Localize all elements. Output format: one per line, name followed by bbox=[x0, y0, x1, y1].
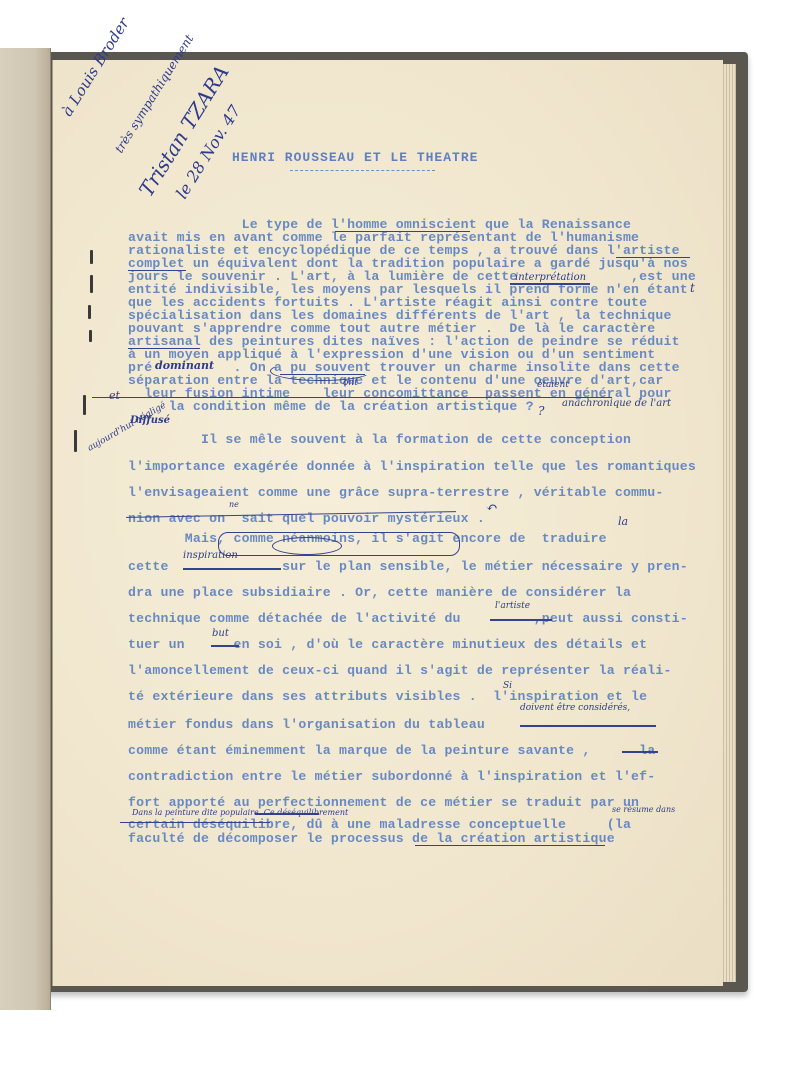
p2-line: faculté de décomposer le processus de la… bbox=[128, 832, 615, 845]
title-underline bbox=[290, 170, 435, 171]
strikethrough bbox=[510, 283, 590, 285]
annotation-but: but bbox=[212, 628, 229, 639]
annotation-se-resume: se résume dans bbox=[612, 805, 675, 814]
strikethrough bbox=[211, 645, 239, 647]
p2-line: Il se mêle souvent à la formation de cet… bbox=[128, 433, 631, 446]
p1-line: la condition même de la création artisti… bbox=[128, 400, 534, 413]
page-title: HENRI ROUSSEAU ET LE THEATRE bbox=[232, 150, 478, 165]
annotation-t: t bbox=[690, 281, 695, 295]
left-page-edge bbox=[0, 48, 51, 1010]
underline bbox=[120, 822, 270, 823]
underline bbox=[92, 397, 612, 398]
underline bbox=[128, 270, 186, 271]
annotation-arrow: ↶ bbox=[486, 500, 498, 516]
p2-line: certain déséquilibre, dû à une maladress… bbox=[128, 818, 631, 831]
annotation-question: ? bbox=[538, 404, 544, 418]
annotation-ne: ne bbox=[229, 500, 239, 509]
margin-mark bbox=[74, 430, 77, 452]
underline bbox=[128, 348, 200, 349]
margin-mark bbox=[88, 305, 91, 319]
margin-mark bbox=[90, 275, 93, 293]
p2-line: l'importance exagérée donnée à l'inspira… bbox=[128, 460, 696, 473]
annotation-artiste: l'artiste bbox=[495, 601, 530, 611]
p2-line: cette sur le plan sensible, le métier né… bbox=[128, 560, 688, 573]
underline bbox=[415, 845, 605, 846]
margin-mark bbox=[83, 395, 86, 415]
annotation-dominant: dominant bbox=[155, 359, 214, 372]
p2-line: té extérieure dans ses attributs visible… bbox=[128, 690, 647, 703]
annotation-si: Si bbox=[503, 681, 512, 691]
p2-line: l'envisageaient comme une grâce supra-te… bbox=[128, 486, 664, 499]
annotation-doivent-etre: doivent être considérés, bbox=[520, 703, 630, 713]
p2-line: tuer un en soi , d'où le caractère minut… bbox=[128, 638, 647, 651]
underline bbox=[335, 231, 470, 232]
p2-line: l'amoncellement de ceux-ci quand il s'ag… bbox=[128, 664, 672, 677]
underline bbox=[616, 257, 690, 258]
annotation-bottom-note: Dans la peinture dite populaire. Ce désé… bbox=[132, 808, 348, 817]
margin-mark bbox=[89, 330, 92, 342]
strikethrough bbox=[183, 568, 281, 570]
annotation-anachronique: anachronique de l'art bbox=[562, 398, 671, 409]
p2-line: contradiction entre le métier subordonné… bbox=[128, 770, 655, 783]
annotation-interpretation: interprétation bbox=[515, 272, 586, 283]
p2-line: dra une place subsidiaire . Or, cette ma… bbox=[128, 586, 631, 599]
strikethrough bbox=[490, 619, 552, 621]
p2-line: comme étant éminemment la marque de la p… bbox=[128, 744, 655, 757]
annotation-la: la bbox=[618, 515, 628, 528]
strikethrough bbox=[520, 725, 656, 727]
annotation-et: et bbox=[109, 389, 120, 402]
annotation-diffuse: Diffusé bbox=[130, 415, 170, 426]
annotation-inspiration: inspiration bbox=[183, 550, 238, 561]
margin-mark bbox=[90, 250, 93, 264]
annotation-etaient: étaient bbox=[537, 380, 569, 390]
strikethrough bbox=[622, 751, 658, 753]
circled-phrase bbox=[218, 532, 460, 556]
annotation-ont: ont bbox=[343, 378, 358, 388]
p2-line: technique comme détachée de l'activité d… bbox=[128, 612, 688, 625]
